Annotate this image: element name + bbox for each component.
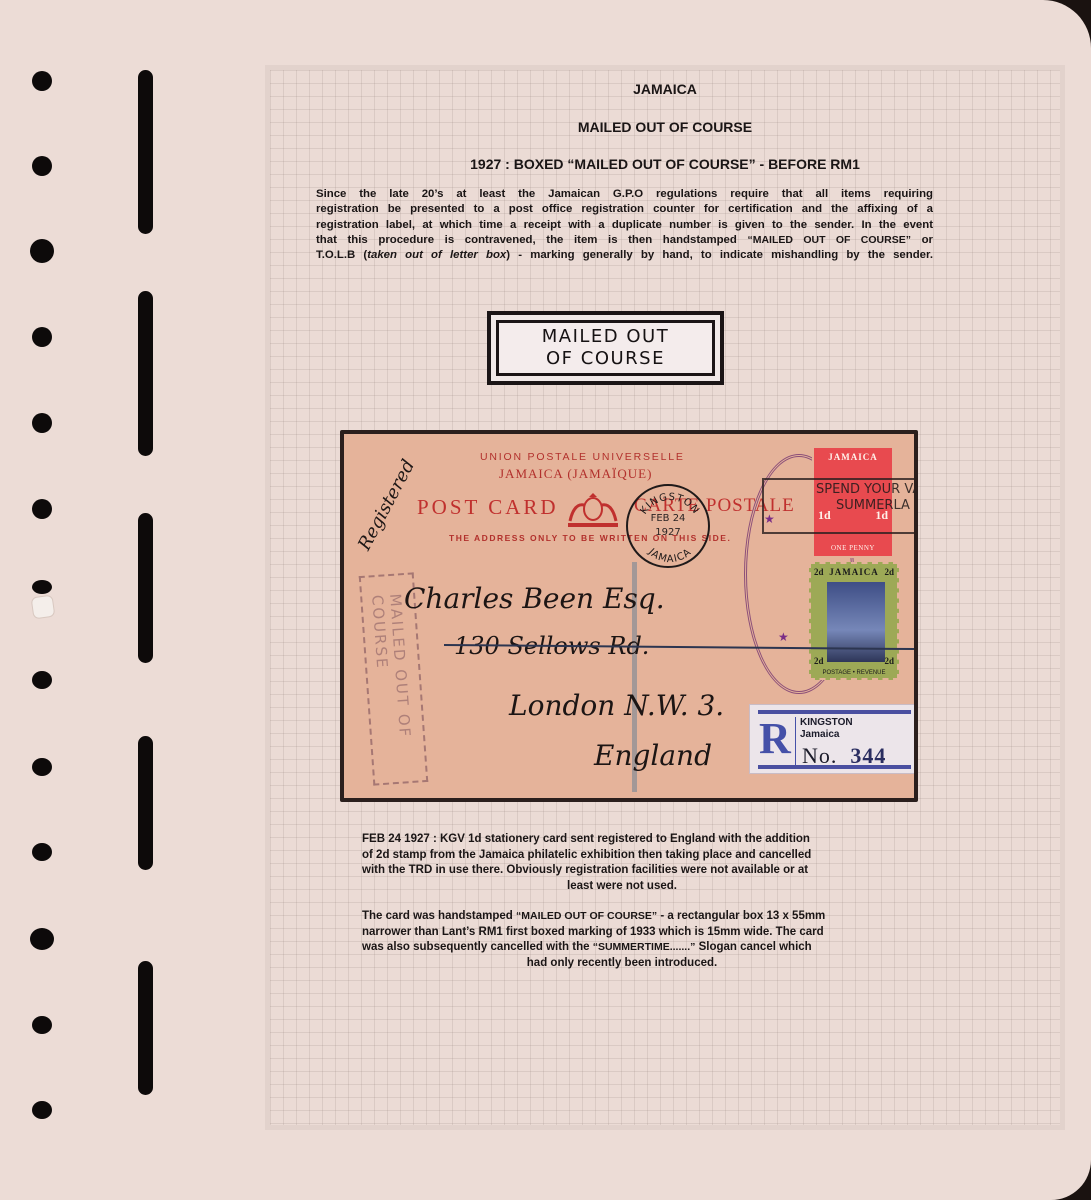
torn-hole xyxy=(32,596,55,619)
stamp-value: 2d xyxy=(884,567,894,577)
intro-line: T.O.L.B (taken out of letter box) - mark… xyxy=(316,248,933,263)
slogan-cancel: SPEND YOUR VACA SUMMERLA xyxy=(762,478,914,534)
stamp-inscription: POSTAGE • REVENUE xyxy=(811,670,897,676)
label-divider xyxy=(795,717,796,767)
date: FEB 24 xyxy=(628,512,708,526)
caption-line: with the TRD in use there. Obviously reg… xyxy=(362,863,882,879)
caption-description: FEB 24 1927 : KGV 1d stationery card sen… xyxy=(362,832,882,894)
stamp-value: 2d xyxy=(884,656,894,666)
stamp-value: 2d xyxy=(814,567,824,577)
binder-slot xyxy=(138,736,153,870)
binder-hole xyxy=(30,928,54,950)
binder-hole xyxy=(32,327,52,347)
address-line: London N.W. 3. xyxy=(509,689,724,722)
binder-hole xyxy=(32,843,52,861)
quoted-marking: “MAILED OUT OF COURSE” xyxy=(516,910,657,922)
marking-line: OF COURSE xyxy=(546,348,665,370)
binder-slot xyxy=(138,961,153,1095)
stamp-country: JAMAICA xyxy=(814,452,892,462)
caption-line: narrower than Lant’s RM1 first boxed mar… xyxy=(362,925,882,941)
address-line: Charles Been Esq. xyxy=(404,582,665,615)
caption-marking-notes: The card was handstamped “MAILED OUT OF … xyxy=(362,909,882,971)
binder-hole xyxy=(32,580,52,594)
binder-hole xyxy=(32,71,52,91)
page-subtitle: MAILED OUT OF COURSE xyxy=(265,119,1065,135)
handstamp-text: MAILED OUT OF COURSE xyxy=(368,593,417,783)
intro-line: that this procedure is contravened, the … xyxy=(316,233,933,248)
slogan-line: SPEND YOUR VACA xyxy=(816,482,914,497)
postcard: MAILED OUT OF COURSE UNION POSTALE UNIVE… xyxy=(344,434,914,798)
caption-line: had only recently been introduced. xyxy=(527,957,717,969)
caption-line: of 2d stamp from the Jamaica philatelic … xyxy=(362,848,882,864)
caption-line: least were not used. xyxy=(567,880,677,892)
album-page: JAMAICA MAILED OUT OF COURSE 1927 : BOXE… xyxy=(0,0,1091,1200)
text: T.O.L.B ( xyxy=(316,249,367,261)
year: 1927 xyxy=(628,526,708,540)
label-country: Jamaica xyxy=(800,729,839,740)
royal-arms-icon xyxy=(562,489,624,531)
intro-line: registration label, at which time a rece… xyxy=(316,218,933,233)
intro-paragraph: Since the late 20’s at least the Jamaica… xyxy=(316,187,933,263)
marking-illustration-inner: MAILED OUT OF COURSE xyxy=(496,320,715,376)
registration-label: R KINGSTON Jamaica No. 344 xyxy=(749,704,914,774)
intro-line: Since the late 20’s at least the Jamaica… xyxy=(316,187,933,202)
kingston-cds-postmark: KINGSTON JAMAICA FEB 241927 xyxy=(626,484,710,568)
text: that this procedure is contravened, the … xyxy=(316,234,747,246)
binder-slot xyxy=(138,513,153,663)
label-band xyxy=(758,765,911,769)
upu-text: UNION POSTALE UNIVERSELLE xyxy=(480,451,685,463)
address-line: England xyxy=(594,739,712,772)
label-town: KINGSTON xyxy=(800,717,853,728)
postmark-date: FEB 241927 xyxy=(628,512,708,540)
binder-hole xyxy=(32,758,52,776)
text: Slogan cancel which xyxy=(695,941,811,953)
text: was also subsequently cancelled with the xyxy=(362,941,593,953)
text: ) - marking generally by hand, to indica… xyxy=(506,249,933,261)
stamp-2d-exhibition: JAMAICA 2d 2d 2d 2d POSTAGE • REVENUE xyxy=(809,562,899,680)
registration-letter: R xyxy=(759,717,791,761)
binder-hole xyxy=(32,156,52,176)
text: The card was handstamped xyxy=(362,910,516,922)
quoted-slogan: “SUMMERTIME.......” xyxy=(593,941,696,953)
stamp-value: 2d xyxy=(814,656,824,666)
post-card-text: POST CARD xyxy=(417,495,559,520)
binder-hole xyxy=(32,1016,52,1034)
manuscript-registered: Registered xyxy=(354,456,419,554)
binder-hole xyxy=(32,1101,52,1119)
binder-hole xyxy=(32,671,52,689)
marking-illustration: MAILED OUT OF COURSE xyxy=(487,311,724,385)
slogan-line: SUMMERLA xyxy=(836,498,910,513)
star-icon: ★ xyxy=(778,630,789,645)
binder-hole xyxy=(30,239,54,263)
intro-line: registration be presented to a post offi… xyxy=(316,202,933,217)
italic-text: taken out of letter box xyxy=(367,249,506,261)
binder-slot xyxy=(138,70,153,234)
text: - a rectangular box 13 x 55mm xyxy=(657,910,825,922)
caption-line: FEB 24 1927 : KGV 1d stationery card sen… xyxy=(362,832,882,848)
country-text: JAMAICA (JAMAÏQUE) xyxy=(499,466,652,482)
text: or xyxy=(911,234,933,246)
caption-line: The card was handstamped “MAILED OUT OF … xyxy=(362,909,882,925)
stamp-vignette xyxy=(827,582,885,662)
quoted-marking: “MAILED OUT OF COURSE” xyxy=(747,234,911,246)
marking-line: MAILED OUT xyxy=(542,326,669,348)
binder-hole xyxy=(32,499,52,519)
caption-line: was also subsequently cancelled with the… xyxy=(362,940,882,956)
binder-hole xyxy=(32,413,52,433)
binder-slot xyxy=(138,291,153,456)
page-title: JAMAICA xyxy=(265,81,1065,97)
page-heading: 1927 : BOXED “MAILED OUT OF COURSE” - BE… xyxy=(265,156,1065,172)
stamp-denomination: ONE PENNY xyxy=(814,544,892,552)
svg-text:JAMAICA: JAMAICA xyxy=(645,546,694,565)
